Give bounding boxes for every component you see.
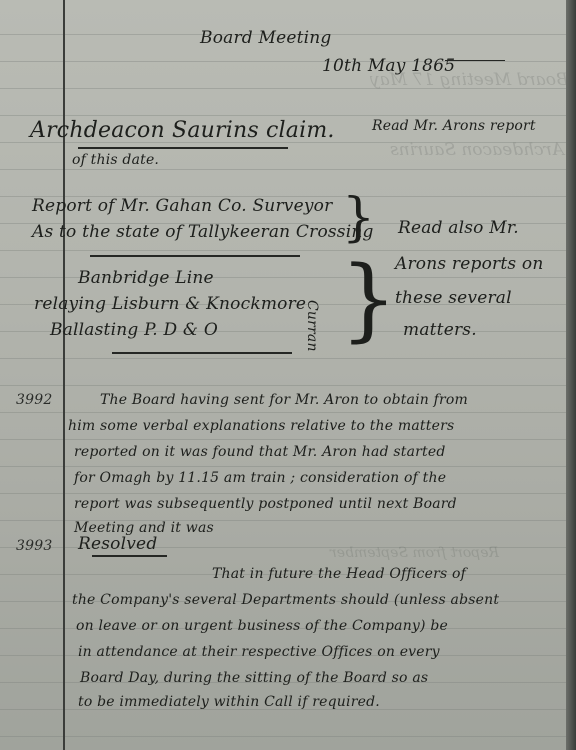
meeting-title: Board Meeting [200, 28, 332, 48]
minute-line: The Board having sent for Mr. Aron to ob… [100, 392, 468, 408]
item-subheading: of this date. [72, 152, 159, 168]
meeting-date: 10th May 1865 [322, 56, 455, 76]
minute-number: 3993 [16, 538, 52, 554]
item-line: Report of Mr. Gahan Co. Surveyor [32, 196, 332, 216]
minute-line: Board Day, during the sitting of the Boa… [80, 670, 428, 686]
minute-number: 3992 [16, 392, 52, 408]
minute-line: him some verbal explanations relative to… [68, 418, 454, 434]
resolved-underline [92, 555, 167, 557]
bleed-through-text: Report from September [330, 545, 499, 561]
item-line: As to the state of Tallykeeran Crossing [32, 222, 374, 242]
margin-line [63, 0, 65, 750]
minute-line: on leave or on urgent business of the Co… [76, 618, 448, 634]
brace-label: Curran [304, 300, 320, 352]
side-note-line: Arons reports on [395, 254, 544, 274]
side-note-read-report: Read Mr. Arons report [372, 118, 536, 134]
minute-line: in attendance at their respective Office… [78, 644, 440, 660]
side-note-line: these several [395, 288, 512, 308]
section-divider [90, 255, 300, 257]
resolved-heading: Resolved [78, 534, 157, 554]
item-line: Banbridge Line [78, 268, 214, 288]
side-note-line: matters. [403, 320, 477, 340]
minute-book-page: Board Meeting 17 May Archdeacon Saurins … [0, 0, 566, 750]
heading-underline [78, 147, 288, 149]
date-flourish [445, 60, 505, 61]
page-edge-shadow [566, 0, 576, 750]
section-divider [112, 352, 292, 354]
minute-line: for Omagh by 11.15 am train ; considerat… [74, 470, 446, 486]
item-line: Ballasting P. D & O [50, 320, 218, 340]
ruled-lines [0, 0, 566, 750]
item-line: relaying Lisburn & Knockmore [34, 294, 306, 314]
minute-line: to be immediately within Call if require… [78, 694, 380, 710]
side-note-line: Read also Mr. [398, 218, 519, 238]
minute-line: the Company's several Departments should… [72, 592, 499, 608]
bleed-through-text: Archdeacon Saurins [390, 140, 564, 160]
brace-icon: } [342, 188, 375, 248]
brace-icon: } [340, 255, 397, 345]
minute-line: report was subsequently postponed until … [74, 496, 457, 512]
minute-line: reported on it was found that Mr. Aron h… [74, 444, 446, 460]
minute-line: That in future the Head Officers of [212, 566, 466, 582]
item-heading-claim: Archdeacon Saurins claim. [30, 118, 335, 143]
